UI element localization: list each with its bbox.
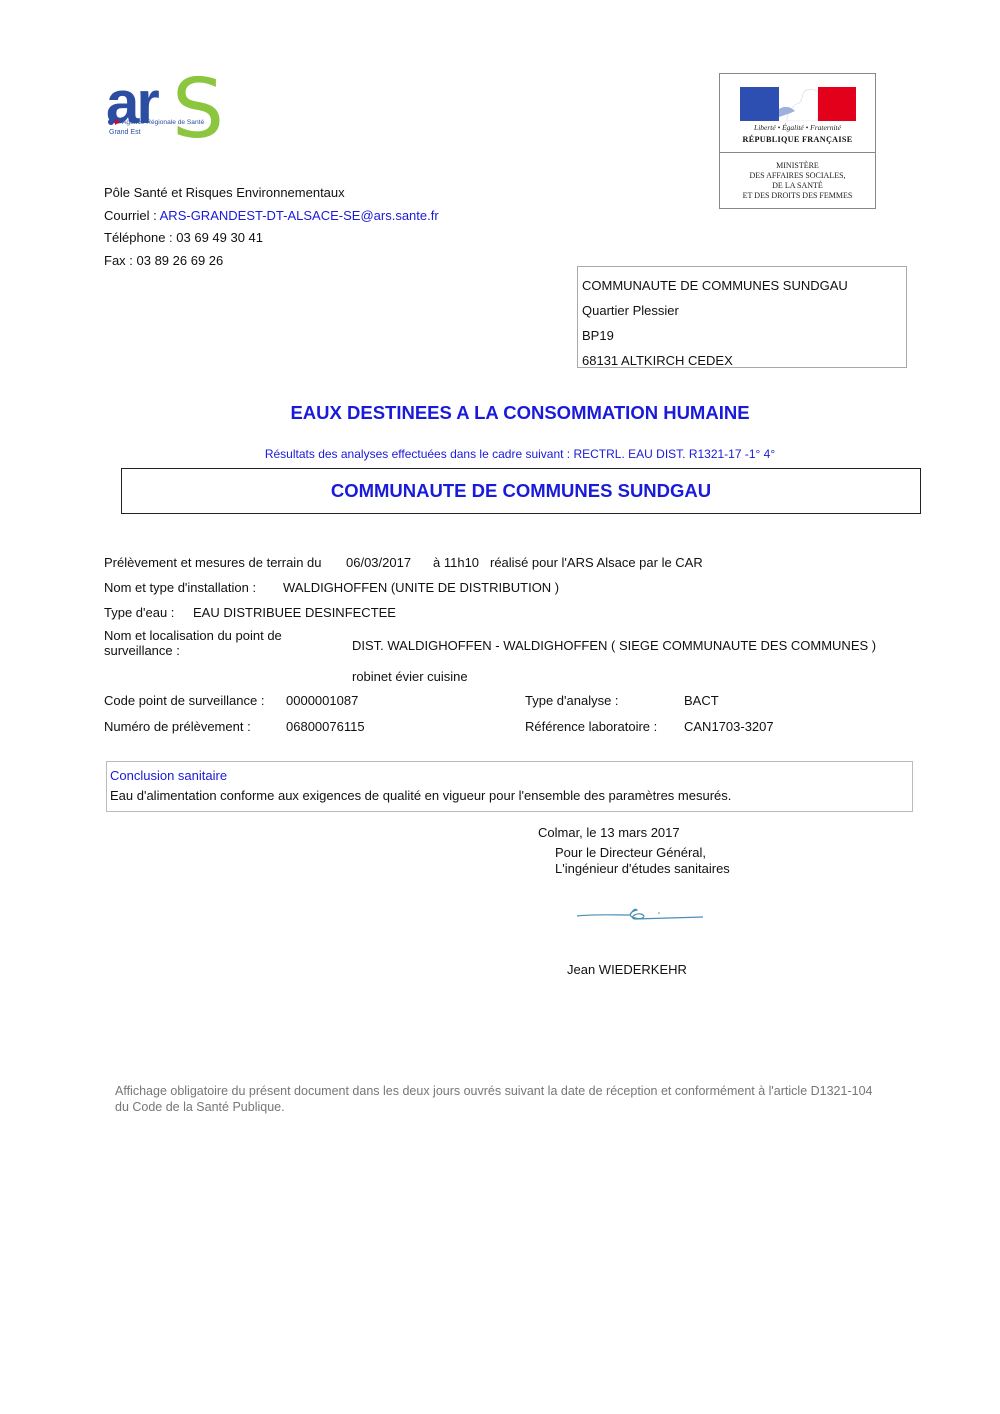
- ars-logo-letters: ar: [106, 68, 157, 137]
- republic-name: RÉPUBLIQUE FRANÇAISE: [720, 135, 875, 144]
- recipient-address: COMMUNAUTE DE COMMUNES SUNDGAU Quartier …: [577, 266, 907, 368]
- analysis-frame: Résultats des analyses effectuées dans l…: [0, 447, 1000, 461]
- ars-region: Grand Est: [109, 129, 141, 136]
- signatory-title: Pour le Directeur Général, L'ingénieur d…: [555, 845, 730, 877]
- sampling-label: Prélèvement et mesures de terrain du: [104, 555, 322, 570]
- blue-dot-icon: [108, 119, 114, 125]
- sampling-time: à 11h10: [433, 555, 479, 570]
- conclusion-title: Conclusion sanitaire: [110, 766, 912, 786]
- republic-motto: Liberté • Égalité • Fraternité: [720, 123, 875, 132]
- republique-francaise-logo: Liberté • Égalité • Fraternité RÉPUBLIQU…: [719, 73, 876, 209]
- community-title: COMMUNAUTE DE COMMUNES SUNDGAU: [121, 468, 921, 514]
- conclusion-text: Eau d'alimentation conforme aux exigence…: [110, 786, 912, 806]
- sender-phone: Téléphone : 03 69 49 30 41: [104, 227, 439, 250]
- analysis-type-value: BACT: [684, 693, 719, 708]
- marianne-profile-icon: [779, 87, 818, 121]
- sender-info: Pôle Santé et Risques Environnementaux C…: [104, 182, 439, 272]
- installation-label: Nom et type d'installation :: [104, 580, 256, 595]
- lab-ref-value: CAN1703-3207: [684, 719, 774, 734]
- lab-ref-label: Référence laboratoire :: [525, 719, 657, 734]
- signatory-name: Jean WIEDERKEHR: [567, 962, 687, 977]
- handwritten-signature: [575, 900, 705, 930]
- water-type-value: EAU DISTRIBUEE DESINFECTEE: [193, 605, 396, 620]
- point-location: robinet évier cuisine: [352, 669, 468, 684]
- water-type-label: Type d'eau :: [104, 605, 174, 620]
- place-date: Colmar, le 13 mars 2017: [538, 825, 680, 840]
- sample-number-label: Numéro de prélèvement :: [104, 719, 251, 734]
- sample-number-value: 06800076115: [286, 719, 365, 734]
- installation-value: WALDIGHOFFEN (UNITE DE DISTRIBUTION ): [283, 580, 559, 595]
- divider: [720, 152, 875, 153]
- footer-note: Affichage obligatoire du présent documen…: [115, 1084, 945, 1115]
- code-label: Code point de surveillance :: [104, 693, 264, 708]
- analysis-type-label: Type d'analyse :: [525, 693, 619, 708]
- marianne-flag-icon: [740, 87, 856, 121]
- point-label: Nom et localisation du point de surveill…: [104, 628, 282, 658]
- code-value: 0000001087: [286, 693, 358, 708]
- sender-email-line: Courriel : ARS-GRANDEST-DT-ALSACE-SE@ars…: [104, 205, 439, 228]
- point-value: DIST. WALDIGHOFFEN - WALDIGHOFFEN ( SIEG…: [352, 638, 876, 653]
- ars-logo-s: S: [172, 62, 224, 157]
- document-title: EAUX DESTINEES A LA CONSOMMATION HUMAINE: [0, 402, 1000, 424]
- ministry-name: MINISTÈRE DES AFFAIRES SOCIALES, DE LA S…: [720, 161, 875, 201]
- sender-fax: Fax : 03 89 26 69 26: [104, 250, 439, 273]
- sender-department: Pôle Santé et Risques Environnementaux: [104, 182, 439, 205]
- conclusion-box: Conclusion sanitaire Eau d'alimentation …: [106, 761, 913, 812]
- sender-email-link[interactable]: ARS-GRANDEST-DT-ALSACE-SE@ars.sante.fr: [160, 208, 439, 223]
- sampling-performer: réalisé pour l'ARS Alsace par le CAR: [490, 555, 703, 570]
- red-arrow-icon: [115, 119, 120, 125]
- ars-logo: ar S Agence Régionale de Santé Grand Est: [106, 76, 236, 148]
- sampling-date: 06/03/2017: [346, 555, 411, 570]
- ars-agency-name: Agence Régionale de Santé: [108, 119, 204, 126]
